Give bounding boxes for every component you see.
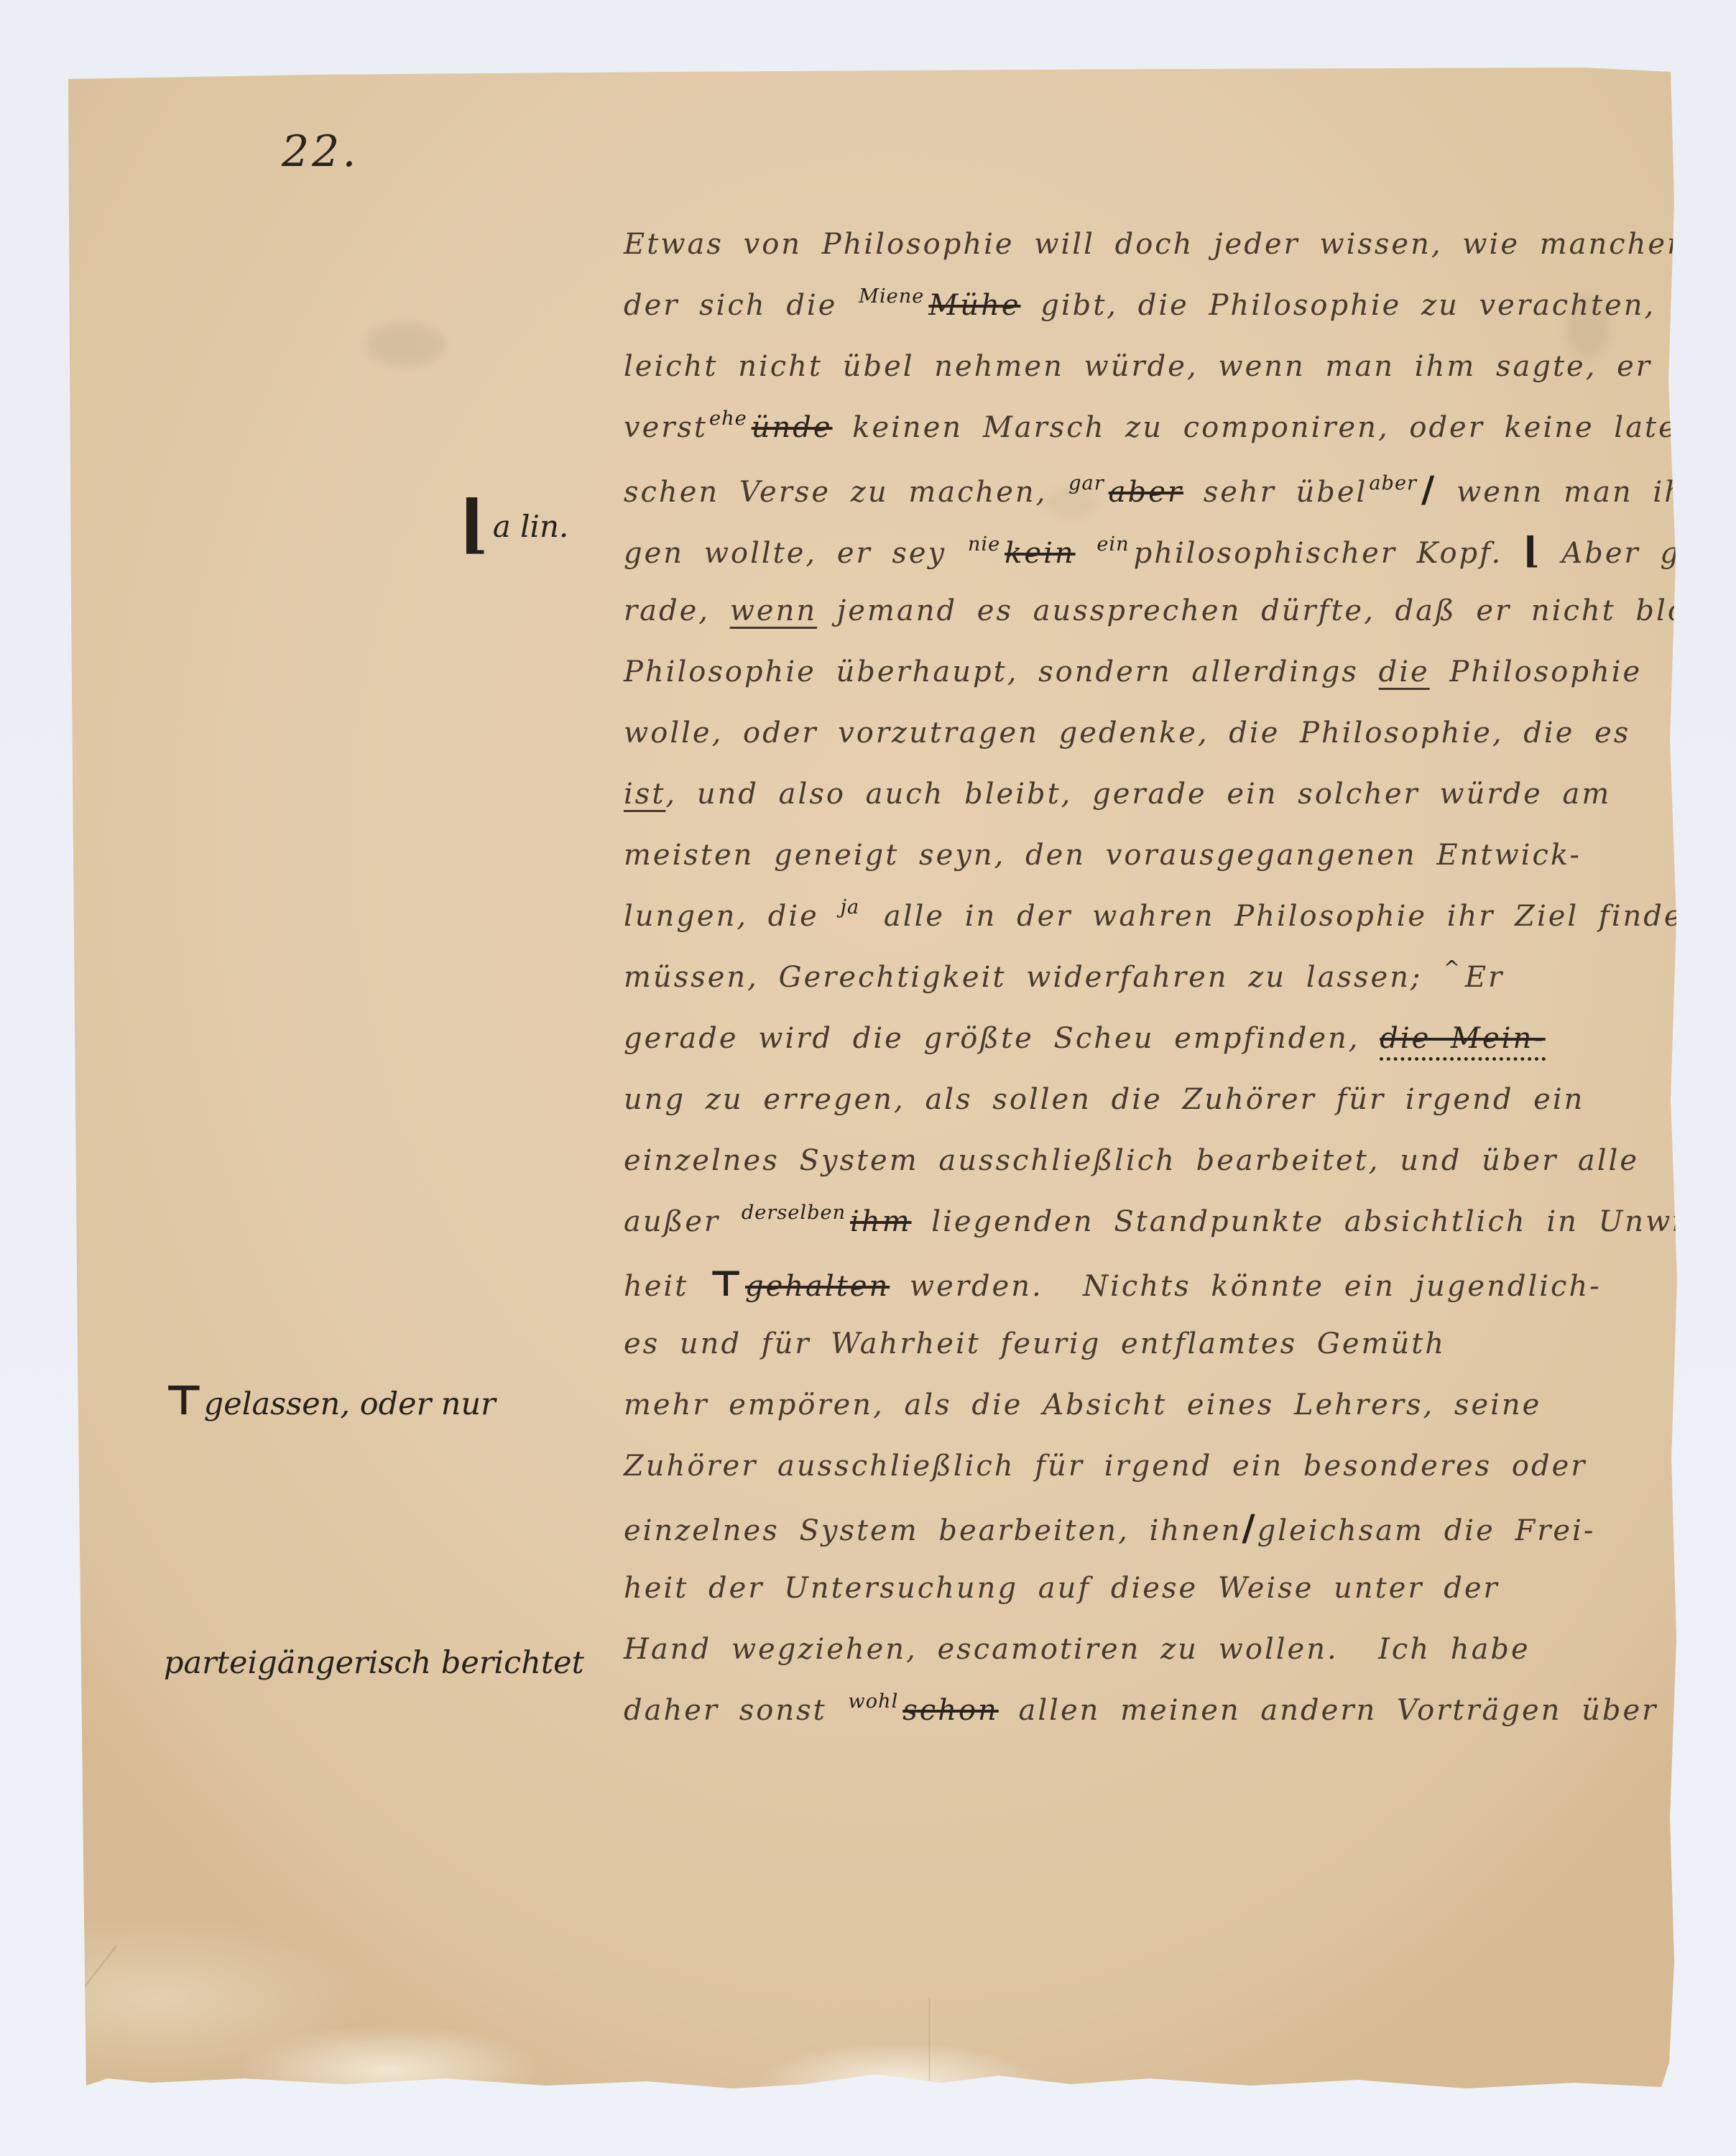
text-segment-n: gen wollte, er sey <box>624 537 966 570</box>
text-segment-i: gar <box>1068 453 1104 514</box>
text-segment-n: ung zu erregen, als sollen die Zuhörer f… <box>624 1083 1584 1116</box>
manuscript-line: gerade wird die größte Scheu empfinden, … <box>624 1008 1687 1069</box>
text-segment-u: ist <box>624 778 665 811</box>
text-segment-n: Er <box>1465 961 1504 994</box>
text-segment-n: sehr übel <box>1183 476 1367 509</box>
manuscript-line: Philosophie überhaupt, sondern allerding… <box>624 642 1687 703</box>
text-segment-n: Aber ge- <box>1542 537 1712 570</box>
text-segment-n: heit <box>624 1270 708 1303</box>
manuscript-line: ist, und also auch bleibt, gerade ein so… <box>624 764 1687 825</box>
text-segment-i: ja <box>841 877 860 938</box>
manuscript-line: mehr empören, als die Absicht eines Lehr… <box>624 1375 1687 1436</box>
paper-stain <box>366 323 445 367</box>
text-segment-n: jemand es aussprechen dürfte, daß er nic… <box>817 594 1709 627</box>
text-segment-s: kein <box>1005 537 1075 570</box>
text-segment-i: Miene <box>859 266 924 327</box>
text-segment-n: gibt, die Philosophie zu verachten, es v… <box>1021 289 1736 322</box>
manuscript-line: ung zu erregen, als sollen die Zuhörer f… <box>624 1069 1687 1130</box>
text-segment-n: , und also auch bleibt, gerade ein solch… <box>665 778 1611 811</box>
manuscript-line: müssen, Gerechtigkeit widerfahren zu las… <box>624 947 1687 1008</box>
text-segment-i: derselben <box>742 1182 846 1243</box>
manuscript-line: Zuhörer ausschließlich für irgend ein be… <box>624 1436 1687 1497</box>
manuscript-page: 22. ⌊a lin. ⊤gelassen, oder nur parteigä… <box>29 57 1681 2106</box>
paper-crease <box>0 1945 117 2093</box>
manuscript-line: der sich die MieneMühe gibt, die Philoso… <box>624 275 1687 336</box>
text-segment-n: Hand wegziehen, escamotiren zu wollen. I… <box>624 1633 1530 1666</box>
text-segment-mk: / <box>1242 1506 1257 1549</box>
text-segment-n: keinen Marsch zu componiren, oder keine … <box>833 411 1702 444</box>
text-segment-i: aber <box>1369 453 1417 514</box>
manuscript-line: Hand wegziehen, escamotiren zu wollen. I… <box>624 1619 1687 1680</box>
text-segment-n: meisten geneigt seyn, den vorausgegangen… <box>624 839 1582 872</box>
text-segment-u: wenn <box>730 594 817 627</box>
margin-note-insertion: ⊤gelassen, oder nur parteigängerisch ber… <box>164 1184 584 1879</box>
text-segment-n: der sich die <box>624 289 857 322</box>
text-segment-n: gleichsam die Frei- <box>1257 1514 1596 1547</box>
text-segment-mk: ⊤ <box>708 1262 745 1304</box>
text-segment-n: a lin. <box>493 509 569 544</box>
manuscript-text: Etwas von Philosophie will doch jeder wi… <box>624 214 1687 1741</box>
manuscript-line: daher sonst wohlschon allen meinen ander… <box>624 1680 1687 1741</box>
text-segment-n: allen meinen andern Vorträgen über <box>999 1694 1658 1727</box>
text-segment-s: ihm <box>850 1205 911 1238</box>
text-segment-s: gehalten <box>745 1270 890 1303</box>
text-segment-n: es und für Wahrheit feurig entflamtes Ge… <box>624 1327 1446 1360</box>
manuscript-line: leicht nicht übel nehmen würde, wenn man… <box>624 336 1687 397</box>
text-segment-n: wolle, oder vorzutragen gedenke, die Phi… <box>624 717 1630 750</box>
page-number: 22. <box>282 126 359 177</box>
manuscript-line: es und für Wahrheit feurig entflamtes Ge… <box>624 1314 1687 1375</box>
text-segment-st: die Mein- <box>1380 1022 1545 1061</box>
text-segment-n: Philosophie überhaupt, sondern allerding… <box>624 655 1379 688</box>
text-segment-n: leicht nicht übel nehmen würde, wenn man… <box>624 350 1652 383</box>
text-segment-n: einzelnes System bearbeiten, ihnen <box>624 1514 1242 1547</box>
text-segment-n: alle in der wahren Philosophie ihr Ziel … <box>864 900 1704 933</box>
manuscript-line: heit ⊤gehalten werden. Nichts könnte ein… <box>624 1253 1687 1314</box>
manuscript-line: wolle, oder vorzutragen gedenke, die Phi… <box>624 703 1687 764</box>
text-segment-mk: ⌊ <box>1523 529 1542 571</box>
text-segment-n: rade, <box>624 594 730 627</box>
text-segment-n: daher sonst <box>624 1694 846 1727</box>
text-segment-i: wohl <box>848 1671 898 1732</box>
manuscript-line: heit der Untersuchung auf diese Weise un… <box>624 1558 1687 1619</box>
margin-note-a-linea: ⌊a lin. <box>458 486 568 561</box>
paper-crease <box>928 1998 931 2088</box>
text-segment-n: einzelnes System ausschließlich bearbeit… <box>624 1144 1639 1177</box>
text-segment-mk: / <box>1421 468 1436 510</box>
text-segment-i: ^ <box>1444 938 1461 999</box>
manuscript-line: gen wollte, er sey niekein einphilosophi… <box>624 520 1687 581</box>
text-segment-i: ein <box>1096 514 1129 575</box>
text-segment-n: außer <box>624 1205 740 1238</box>
manuscript-line: schen Verse zu machen, garaber sehr übel… <box>624 459 1687 520</box>
text-segment-n: wenn man ihm sa- <box>1436 476 1736 509</box>
text-segment-n: lungen, die <box>624 900 839 933</box>
manuscript-line: lungen, die ja alle in der wahren Philos… <box>624 886 1687 947</box>
manuscript-line: Etwas von Philosophie will doch jeder wi… <box>624 214 1687 275</box>
text-segment-n: werden. Nichts könnte ein jugendlich- <box>890 1270 1602 1303</box>
scan-backdrop: 22. ⌊a lin. ⊤gelassen, oder nur parteigä… <box>0 0 1736 2156</box>
text-segment-n: philosophischer Kopf. <box>1134 537 1523 570</box>
text-segment-s: schon <box>902 1694 999 1727</box>
text-segment-n: parteigängerisch berichtet <box>164 1645 584 1681</box>
manuscript-line: versteheünde keinen Marsch zu componiren… <box>624 397 1687 459</box>
text-segment-n: Etwas von Philosophie will doch jeder wi… <box>624 228 1683 261</box>
margin-note-line: ⊤gelassen, oder nur <box>164 1357 584 1447</box>
manuscript-line: einzelnes System bearbeiten, ihnen/gleic… <box>624 1497 1687 1558</box>
text-segment-n: schen Verse zu machen, <box>624 476 1067 509</box>
text-segment-i: ehe <box>709 388 747 449</box>
text-segment-n: mehr empören, als die Absicht eines Lehr… <box>624 1388 1541 1422</box>
text-segment-s: Mühe <box>928 289 1020 322</box>
text-segment-n <box>1076 537 1096 570</box>
text-segment-u: die <box>1379 655 1430 688</box>
text-segment-n: liegenden Standpunkte absichtlich in Unw… <box>912 1205 1736 1238</box>
text-segment-n: müssen, Gerechtigkeit widerfahren zu las… <box>624 961 1442 994</box>
text-segment-i: nie <box>968 514 1000 575</box>
manuscript-line: meisten geneigt seyn, den vorausgegangen… <box>624 825 1687 886</box>
text-segment-n: verst <box>624 411 708 444</box>
margin-note-line: parteigängerisch berichtet <box>164 1620 584 1706</box>
manuscript-line: rade, wenn jemand es aussprechen dürfte,… <box>624 581 1687 642</box>
manuscript-line: außer derselbenihm liegenden Standpunkte… <box>624 1192 1687 1253</box>
text-segment-s: ünde <box>752 411 833 444</box>
text-segment-mk: ⌊ <box>458 486 489 561</box>
text-segment-n: heit der Untersuchung auf diese Weise un… <box>624 1572 1500 1605</box>
text-segment-n: Zuhörer ausschließlich für irgend ein be… <box>624 1450 1587 1483</box>
text-segment-n: gerade wird die größte Scheu empfinden, <box>624 1022 1380 1055</box>
text-segment-s: aber <box>1109 476 1183 509</box>
text-segment-n: gelassen, oder nur <box>204 1386 496 1422</box>
text-segment-mk: ⊤ <box>164 1375 204 1424</box>
text-segment-n: Philosophie <box>1430 655 1643 688</box>
